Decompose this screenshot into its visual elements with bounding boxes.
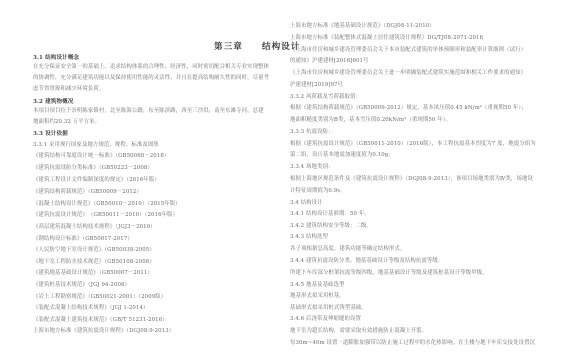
text-line: 3.3.4 场地类别：	[290, 164, 333, 171]
text-line: 《建筑抗震设防分类标准》（GB50223－2008）	[33, 165, 153, 172]
text-line: 第二组，设计基本地震加速度值为0.10g。	[290, 152, 394, 159]
text-line: 根据《建筑抗震设计规范》（GB50011-2010）（2016版），本工程抗震基…	[290, 141, 536, 148]
text-line: 《建筑抗震设计规范》 （GB50011－2010）（2016年版）	[33, 212, 178, 219]
text-line: 《高层建筑混凝土结构技术规程》（JGJ3－2010）	[33, 224, 156, 231]
text-line: 《上海市住房和城乡建设管理委员会关于进一步明确装配式建筑实施范围和相关工作要求的…	[290, 70, 526, 77]
section-heading: 3.1 结构设计概念	[33, 55, 79, 62]
text-line: 所建下车库部分框架抗震等级四级，地基基础设计等级及建筑桩基设计等级甲级。	[290, 270, 488, 277]
text-line: 地下室为超长结构，需要采取有效措施防止混凝土开裂。	[290, 328, 427, 335]
text-line: 《建筑结构荷载规范》（GB50009－2012）	[33, 189, 142, 196]
text-line: 上海市地方标准《地基基础设计规范》（DGJ08-11-2010）	[290, 23, 435, 30]
text-line: 地面粗糙度类别为B类，基本雪压值0.20kN/m²（重现期50 年）。	[290, 117, 451, 124]
text-line: 《混凝土结构设计规范》（GB50010－2010）（2015年版）	[33, 201, 181, 208]
text-line: 《建筑桩基技术规范》（JGJ 94-2008）	[33, 282, 130, 289]
text-line: 《钢结构设计标准》（GB50017-2017）	[33, 236, 133, 243]
text-line: 基础形式拟采用桩式筏型基础。	[290, 305, 367, 312]
text-line: 地基形式拟采用桩基。	[290, 293, 345, 300]
text-line: 每30m~40m 设置一道膨胀加强带以防止施工过程中的水化热影响。在主楼与地下车…	[290, 340, 535, 347]
text-line: 3.4.6 后浇带及伸缩缝的设置	[290, 316, 361, 323]
text-line: 3.4.5 地基及基础选型	[290, 282, 344, 289]
section-heading: 3.2 建筑物概况	[33, 99, 74, 106]
text-line: 《建筑地基基础设计规范》（GB50007－2011）	[33, 270, 153, 277]
text-line: 计特征周期值为0.9s。	[290, 188, 346, 195]
text-line: 各子项根据总高度、建筑功能等确定结构形式。	[290, 246, 405, 253]
text-line: 3.4.2 建筑结构安全等级：二级。	[290, 223, 372, 230]
text-line: 《装配式混凝土结构技术规程》（JGJ 1-2014）	[33, 305, 148, 312]
text-line: 虑节省资源和减少环境负荷。	[33, 86, 104, 93]
section-heading: 3.3 设计依据	[33, 131, 68, 138]
text-line: 上海市地方标准《建筑抗震设计规程》（DGJ08-9-2013）	[33, 328, 174, 335]
text-line: 《装配式混凝土建筑技术规范》（GB/T 51231-2016）	[33, 317, 168, 324]
text-line: 3.3.1 采用现行国家及地方规范、规程、标准及图集	[33, 142, 159, 149]
text-line: 3.3.2 风荷载及雪荷载取值：	[290, 94, 361, 101]
text-line: 本项目项目位于崇明陈家镇村，北至陈海公路，东至陈滨路，西至三沙洪，南至东滩寺河，…	[33, 108, 264, 115]
text-line: 根据《建筑结构荷载规范》（GB50009-2012）规定，基本风压值0.45 k…	[290, 105, 527, 112]
text-line: 《人民防空地下室设计规范》（GB50038-2005）	[33, 247, 155, 254]
text-line: 3.4.4 建筑抗震设防分类、地基基础设计等级及结构抗震等级：	[290, 258, 443, 265]
text-line: 根据上海地区规范条件及《建筑抗震设计规程》（DGJ08-9-2013），该项目场…	[290, 176, 533, 183]
text-line: 《岩土工程勘察规范》（GB50021-2001）（2009版）	[33, 294, 166, 301]
text-line: 《建筑结构可靠度设计统一标准》（GB50068－2018）	[33, 153, 169, 160]
text-line: 沪建建材[2019]97号	[290, 82, 343, 89]
text-line: 3.4.1 结构设计基准期：50 年。	[290, 211, 370, 218]
chapter-title: 第三章 结构设计	[214, 40, 300, 52]
text-line: 3.3.3 抗震设防：	[290, 129, 333, 136]
text-line: 《建筑工程设计文件编制深度的规定》（2016年版）	[33, 177, 160, 184]
text-line: 《上海市住房和城乡建设管理委员会关于本市装配式建筑的单体预制率和装配率计算细则（…	[290, 47, 526, 54]
text-line: 的协调性，充分满足建筑功能以及保持使用性能的灵活性，并且在提高结构耐久性的同时，…	[33, 75, 269, 82]
text-line: 《地下室工程防水技术规范》（GB50108-2008）	[33, 259, 155, 266]
text-line: 3.4.3 结构选型	[290, 234, 328, 241]
text-line: 在充分保证安全第一的基础上，追求结构体系的合理性、经济性，同时密切配合相关专业实…	[33, 64, 269, 71]
text-line: 上海市地方标准《装配整体式混凝土居住建筑设计规程》DG/TJ08-2071-20…	[290, 35, 483, 42]
text-line: 地面积约20.32 万平方米。	[33, 119, 100, 126]
text-line: 的通知》沪建建材[2016]601号	[290, 58, 369, 65]
text-line: 3.4 结构设计	[290, 200, 323, 207]
